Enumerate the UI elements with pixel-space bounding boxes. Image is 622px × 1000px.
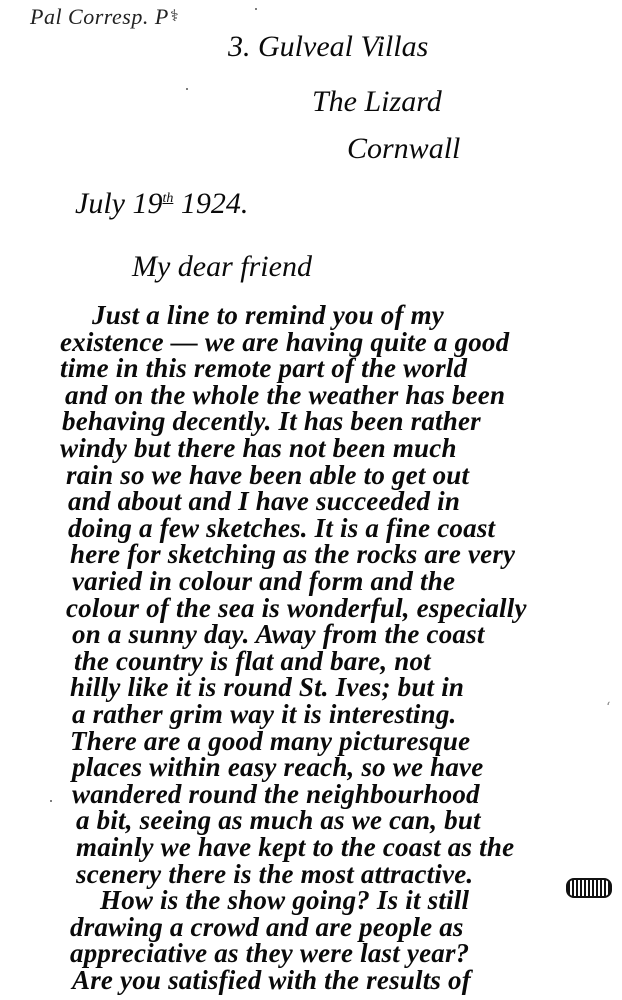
margin-mark-icon: ‘ bbox=[606, 700, 610, 716]
date-ordinal: th bbox=[162, 191, 173, 206]
ink-blot-mark-icon bbox=[566, 878, 612, 898]
date-month: July bbox=[75, 187, 125, 220]
archive-annotation: Pal Corresp. P bbox=[30, 4, 169, 30]
date-year: 1924. bbox=[181, 187, 249, 220]
address-line-3: Cornwall bbox=[347, 132, 460, 166]
letter-date: July 19th 1924. bbox=[75, 187, 248, 221]
address-line-1: 3. Gulveal Villas bbox=[228, 30, 428, 64]
speck bbox=[186, 88, 188, 90]
speck bbox=[50, 800, 52, 802]
address-line-2: The Lizard bbox=[312, 85, 442, 119]
speck bbox=[255, 8, 257, 10]
body-line: Are you satisfied with the results of bbox=[72, 965, 471, 996]
letter-page: Pal Corresp. P ⚕ 3. Gulveal Villas The L… bbox=[0, 0, 622, 1000]
date-day: 19 bbox=[132, 187, 162, 220]
archive-stamp-mark-icon: ⚕ bbox=[170, 6, 179, 25]
salutation: My dear friend bbox=[132, 250, 312, 284]
